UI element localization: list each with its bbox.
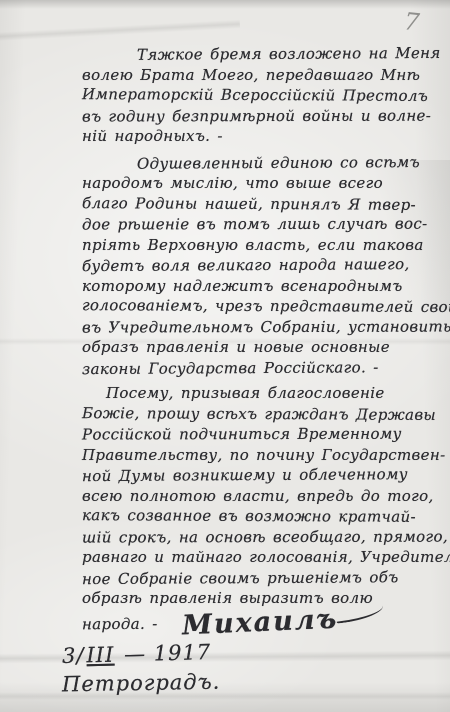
- manuscript-line: которому надлежитъ всенароднымъ: [82, 276, 438, 297]
- manuscript-line: какъ созванное въ возможно кратчай-: [82, 505, 438, 527]
- paper-crease: [0, 19, 240, 41]
- date-line: 3/III — 1917: [62, 640, 212, 668]
- manuscript-line: образъ правленія и новые основные: [82, 337, 438, 358]
- date-day: 3/: [62, 643, 85, 668]
- manuscript-line: голосованіемъ, чрезъ представителей свои…: [82, 295, 438, 317]
- manuscript-line: ній народныхъ. -: [82, 126, 438, 147]
- manuscript-line: въ Учредительномъ Собраніи, установить: [82, 316, 438, 337]
- manuscript-line: ной Думы возникшему и облеченному: [82, 464, 438, 487]
- manuscript-page: 7 Тяжкое бремя возложено на Меня волею Б…: [0, 0, 450, 712]
- manuscript-line: будетъ воля великаго народа нашего,: [82, 254, 438, 277]
- signature-text: Михаилъ: [181, 603, 338, 641]
- manuscript-line: законы Государства Россійскаго. -: [82, 356, 438, 379]
- manuscript-line: народомъ мыслію, что выше всего: [82, 173, 438, 194]
- manuscript-line: шій срокъ, на основѣ всеобщаго, прямого,: [82, 526, 438, 547]
- manuscript-line: образѣ правленія выразитъ волю: [82, 588, 438, 609]
- manuscript-line: въ годину безпримѣрной войны и волне-: [82, 105, 438, 126]
- manuscript-line: равнаго и тайнаго голосованія, Учредител…: [82, 547, 438, 568]
- manuscript-line: всею полнотою власти, впредь до того,: [82, 486, 438, 507]
- date-month-roman: III: [84, 643, 117, 668]
- manuscript-line: Одушевленный единою со всѣмъ: [82, 151, 438, 174]
- manuscript-line: Тяжкое бремя возложено на Меня: [82, 43, 438, 66]
- manuscript-line: волею Брата Моего, передавшаго Мнѣ: [82, 65, 438, 86]
- manuscript-line: Посему, призывая благословеніе: [82, 383, 438, 404]
- manuscript-line: Божіе, прошу всѣхъ гражданъ Державы: [82, 403, 438, 425]
- manuscript-line: народа. -: [82, 613, 158, 634]
- signature-mikhail: Михаилъ: [181, 609, 338, 636]
- manuscript-line: ное Собраніе своимъ рѣшеніемъ объ: [82, 566, 438, 589]
- signature-row: народа. - Михаилъ: [82, 611, 438, 635]
- manuscript-line: дое рѣшеніе въ томъ лишь случаѣ вос-: [82, 214, 438, 235]
- manuscript-line: Императорскій Всероссійскій Престолъ: [82, 84, 438, 106]
- place-line: Петроградъ.: [62, 670, 221, 697]
- manuscript-line: пріять Верховную власть, если такова: [82, 235, 438, 256]
- manuscript-line: Правительству, по почину Государствен-: [82, 445, 438, 466]
- manifesto-body: Тяжкое бремя возложено на Меня волею Бра…: [82, 44, 438, 634]
- date-year: — 1917: [116, 640, 211, 666]
- manuscript-line: Россійской подчиниться Временному: [82, 424, 438, 445]
- page-number: 7: [403, 7, 421, 36]
- manuscript-line: благо Родины нашей, принялъ Я твер-: [82, 193, 438, 215]
